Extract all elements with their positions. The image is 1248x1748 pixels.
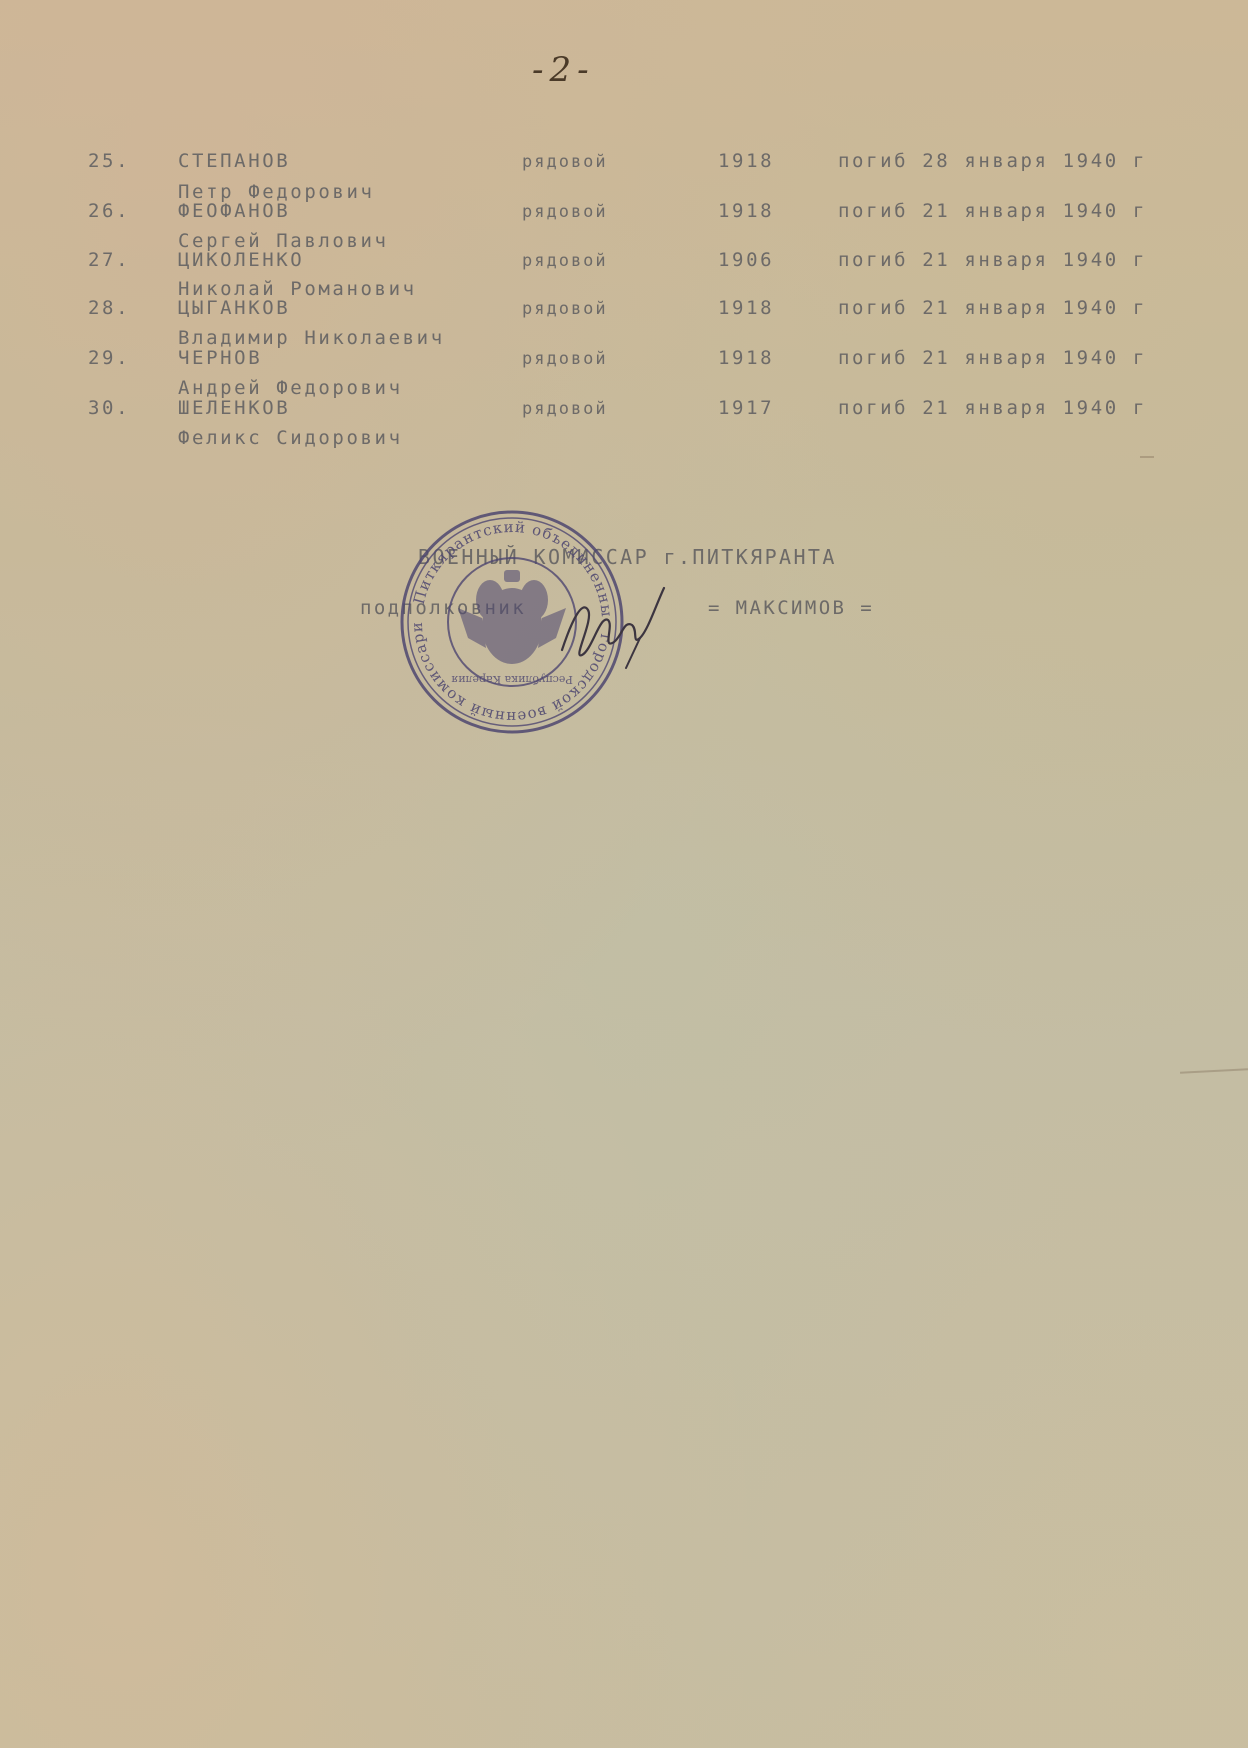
record-fate: погиб 21 января 1940 г: [838, 397, 1147, 419]
record-rank: рядовой: [522, 299, 608, 319]
record-number: 26.: [88, 200, 130, 222]
record-given-names: Феликс Сидорович: [178, 427, 403, 449]
record-rank: рядовой: [522, 399, 608, 419]
page-number: -2-: [532, 50, 595, 90]
stamp-inner-text: Республика Карелия: [451, 673, 573, 686]
record-number: 29.: [88, 347, 130, 369]
record-rank: рядовой: [522, 349, 608, 369]
record-birth-year: 1917: [718, 397, 774, 419]
signatory-name: = МАКСИМОВ =: [708, 597, 874, 619]
record-fate: погиб 21 января 1940 г: [838, 200, 1147, 222]
record-fate: погиб 21 января 1940 г: [838, 297, 1147, 319]
record-given-names: Андрей Федорович: [178, 377, 403, 399]
record-number: 25.: [88, 150, 130, 172]
record-fate: погиб 21 января 1940 г: [838, 347, 1147, 369]
handwritten-signature: [552, 580, 672, 670]
record-surname: ЦИКОЛЕНКО: [178, 249, 304, 271]
record-birth-year: 1918: [718, 297, 774, 319]
paper-crease: [1140, 456, 1154, 458]
paper-crease: [1180, 1068, 1248, 1074]
record-given-names: Владимир Николаевич: [178, 327, 445, 349]
double-headed-eagle-icon: [458, 570, 566, 664]
record-fate: погиб 28 января 1940 г: [838, 150, 1147, 172]
record-birth-year: 1918: [718, 150, 774, 172]
record-surname: ЧЕРНОВ: [178, 347, 262, 369]
record-surname: ЦЫГАНКОВ: [178, 297, 290, 319]
record-surname: ШЕЛЕНКОВ: [178, 397, 290, 419]
record-rank: рядовой: [522, 152, 608, 172]
record-rank: рядовой: [522, 251, 608, 271]
record-fate: погиб 21 января 1940 г: [838, 249, 1147, 271]
record-birth-year: 1906: [718, 249, 774, 271]
record-rank: рядовой: [522, 202, 608, 222]
record-surname: ФЕОФАНОВ: [178, 200, 290, 222]
record-number: 27.: [88, 249, 130, 271]
record-birth-year: 1918: [718, 200, 774, 222]
record-birth-year: 1918: [718, 347, 774, 369]
record-number: 30.: [88, 397, 130, 419]
record-surname: СТЕПАНОВ: [178, 150, 290, 172]
record-number: 28.: [88, 297, 130, 319]
